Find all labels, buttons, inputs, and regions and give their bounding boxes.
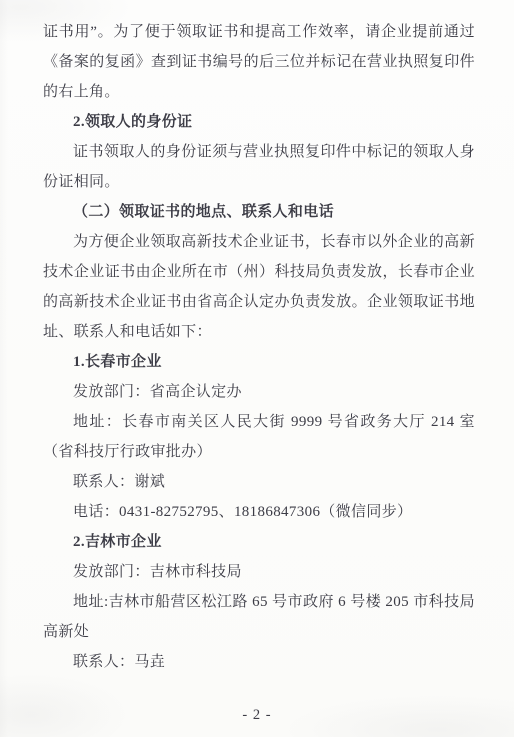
paragraph-changchun-phone: 电话：0431-82752795、18186847306（微信同步） xyxy=(43,497,475,527)
heading-recipient-id-card: 2.领取人的身份证 xyxy=(43,107,475,137)
page-number: - 2 - xyxy=(0,707,514,724)
paragraph-changchun-address: 地址：长春市南关区人民大街 9999 号省政务大厅 214 室（省科技厅行政审批… xyxy=(43,407,475,467)
heading-changchun-enterprises: 1.长春市企业 xyxy=(43,347,475,377)
paragraph-changchun-issuing-dept: 发放部门：省高企认定办 xyxy=(43,377,475,407)
paragraph-id-card-requirement: 证书领取人的身份证须与营业执照复印件中标记的领取人身份证相同。 xyxy=(43,137,475,197)
heading-jilin-enterprises: 2.吉林市企业 xyxy=(43,527,475,557)
paragraph-jilin-address: 地址:吉林市船营区松江路 65 号市政府 6 号楼 205 市科技局高新处 xyxy=(43,587,475,647)
paragraph-jilin-contact-person: 联系人：马垚 xyxy=(43,647,475,677)
heading-pickup-location-contacts: （二）领取证书的地点、联系人和电话 xyxy=(43,197,475,227)
document-body: 证书用”。为了便于领取证书和提高工作效率，请企业提前通过《备案的复函》查到证书编… xyxy=(43,17,475,677)
paragraph-changchun-contact-person: 联系人：谢斌 xyxy=(43,467,475,497)
paragraph-jilin-issuing-dept: 发放部门：吉林市科技局 xyxy=(43,557,475,587)
paragraph-distribution-overview: 为方便企业领取高新技术企业证书，长春市以外企业的高新技术企业证书由企业所在市（州… xyxy=(43,227,475,347)
paragraph-certificate-number-marking: 证书用”。为了便于领取证书和提高工作效率，请企业提前通过《备案的复函》查到证书编… xyxy=(43,17,475,107)
scanned-document-page: 证书用”。为了便于领取证书和提高工作效率，请企业提前通过《备案的复函》查到证书编… xyxy=(0,0,514,737)
